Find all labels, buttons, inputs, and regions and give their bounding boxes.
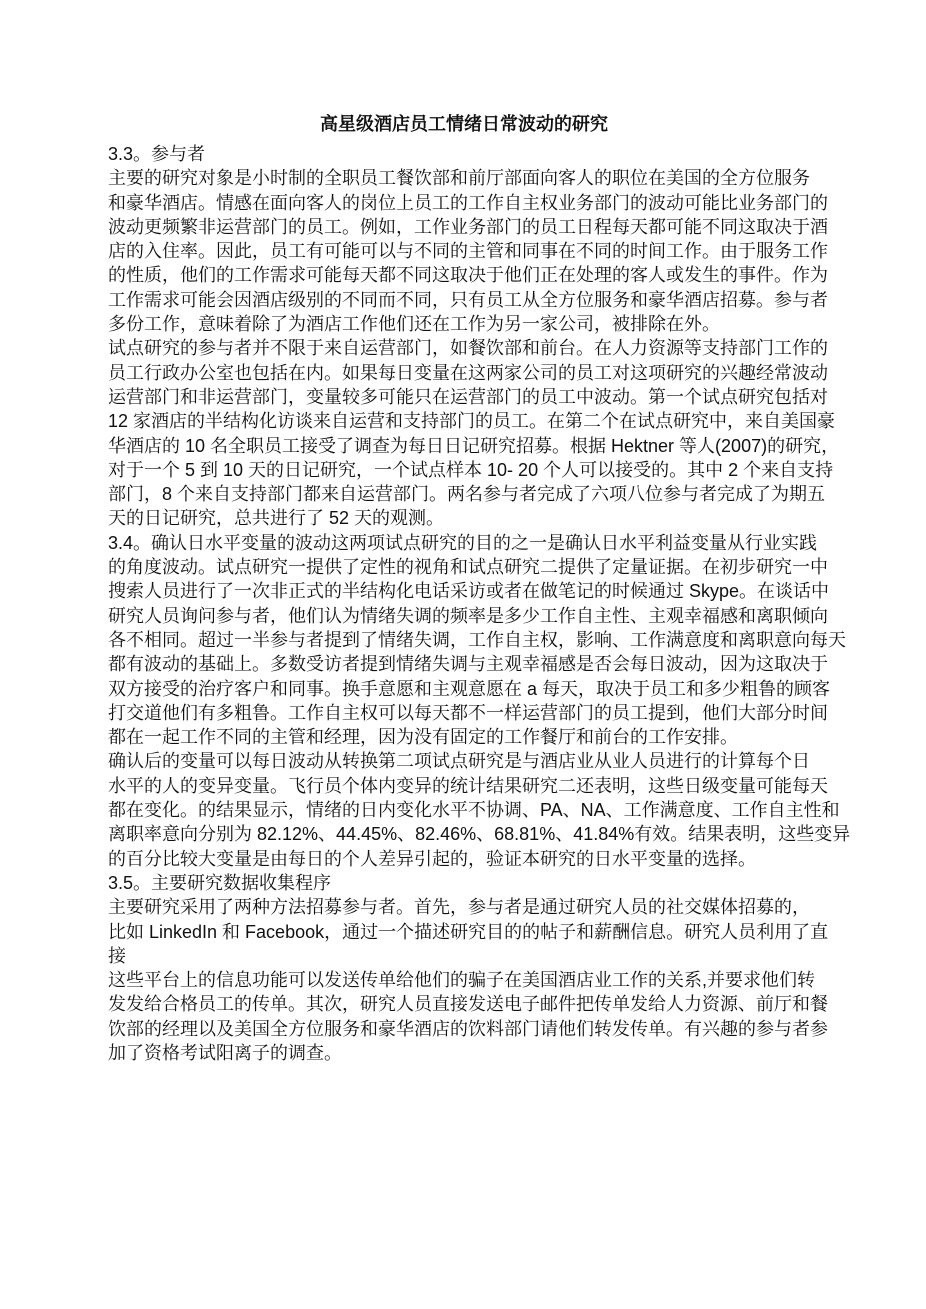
document-content: 高星级酒店员工情绪日常波动的研究 3.3。参与者 主要的研究对象是小时制的全职员… (108, 112, 820, 1065)
document-page: 高星级酒店员工情绪日常波动的研究 3.3。参与者 主要的研究对象是小时制的全职员… (0, 0, 926, 1309)
document-title: 高星级酒店员工情绪日常波动的研究 (108, 112, 820, 136)
document-body-text: 3.3。参与者 主要的研究对象是小时制的全职员工餐饮部和前厅部面向客人的职位在美… (108, 142, 820, 1065)
